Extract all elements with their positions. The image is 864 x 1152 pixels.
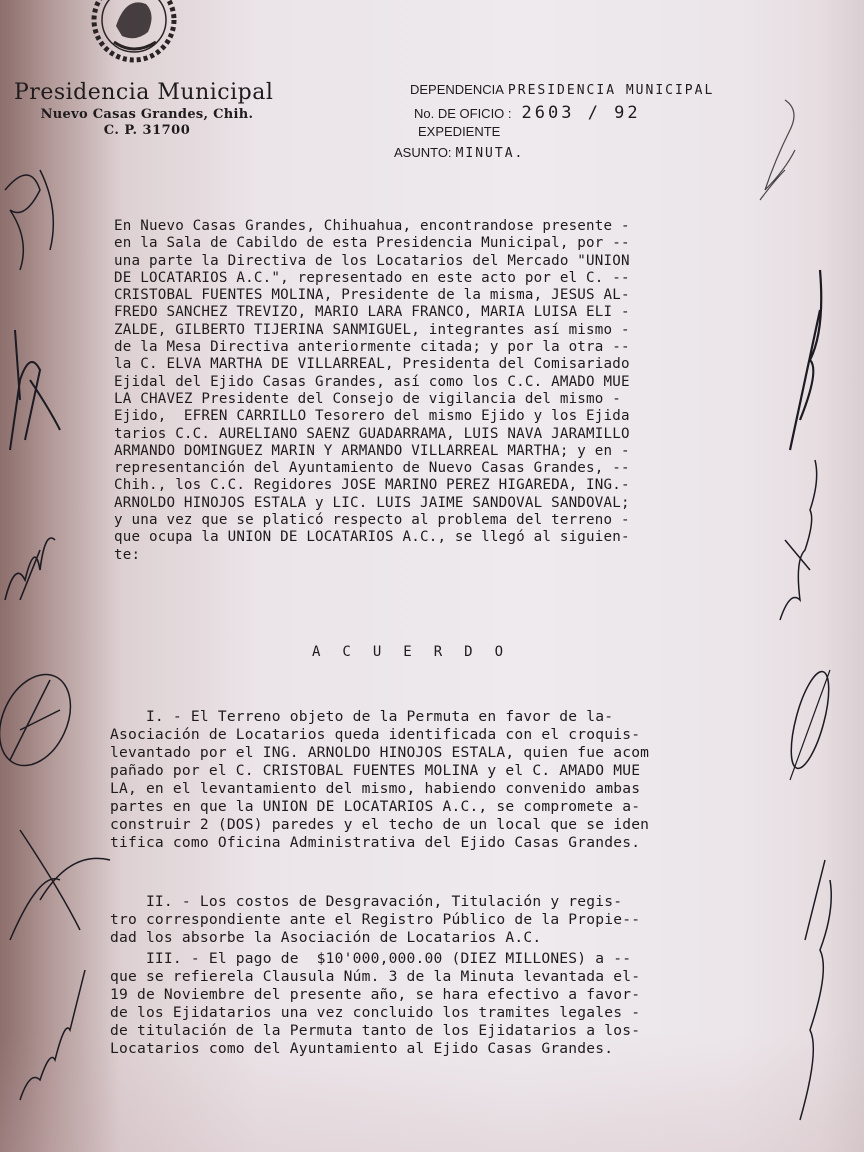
coat-of-arms-seal-icon — [86, 0, 182, 66]
signature-left-3 — [0, 500, 70, 614]
body-line: te: — [114, 547, 764, 564]
clause-line: LA, en el levantamiento del mismo, habie… — [110, 780, 770, 798]
document-meta: DEPENDENCIA PRESIDENCIA MUNICIPAL No. DE… — [392, 82, 714, 166]
body-line: Chih., los C.C. Regidores JOSE MARINO PE… — [114, 477, 764, 494]
signature-left-2 — [0, 320, 70, 464]
body-line: tarios C.C. AURELIANO SAENZ GUADARRAMA, … — [114, 426, 764, 443]
letterhead-title: Presidencia Municipal — [12, 80, 282, 105]
clause-line: de los Ejidatarios una vez concluido los… — [110, 1004, 770, 1022]
clause-line: III. - El pago de $10'000,000.00 (DIEZ M… — [110, 950, 770, 968]
body-line: ZALDE, GILBERTO TIJERINA SANMIGUEL, inte… — [114, 322, 764, 339]
signature-left-6 — [10, 950, 90, 1114]
dependencia-value: PRESIDENCIA MUNICIPAL — [508, 83, 714, 98]
signature-right-1 — [745, 90, 805, 214]
clause-line: dad los absorbe la Asociación de Locatar… — [110, 929, 770, 947]
body-paragraph: En Nuevo Casas Grandes, Chihuahua, encon… — [114, 218, 764, 564]
body-line: LA CHAVEZ Presidente del Consejo de vigi… — [114, 391, 764, 408]
letterhead: Presidencia Municipal Nuevo Casas Grande… — [12, 80, 282, 138]
dependencia-row: DEPENDENCIA PRESIDENCIA MUNICIPAL — [410, 82, 714, 103]
clause-line: que se refierela Clausula Núm. 3 de la M… — [110, 968, 770, 986]
acuerdo-heading: ACUERDO — [312, 644, 525, 660]
body-line: ARNOLDO HINOJOS ESTALA y LIC. LUIS JAIME… — [114, 495, 764, 512]
asunto-label: ASUNTO: — [394, 145, 452, 160]
signature-left-5 — [0, 810, 120, 964]
clause-line: pañado por el C. CRISTOBAL FUENTES MOLIN… — [110, 762, 770, 780]
body-line: En Nuevo Casas Grandes, Chihuahua, encon… — [114, 218, 764, 235]
asunto-row: ASUNTO: MINUTA. — [394, 145, 714, 166]
body-line: que ocupa la UNION DE LOCATARIOS A.C., s… — [114, 529, 764, 546]
body-line: ARMANDO DOMINGUEZ MARIN Y ARMANDO VILLAR… — [114, 443, 764, 460]
clause-1: I. - El Terreno objeto de la Permuta en … — [110, 708, 770, 852]
clause-line: levantado por el ING. ARNOLDO HINOJOS ES… — [110, 744, 770, 762]
expediente-label: EXPEDIENTE — [418, 124, 500, 139]
clause-line: tro correspondiente ante el Registro Púb… — [110, 911, 770, 929]
dependencia-label: DEPENDENCIA — [410, 82, 504, 97]
signature-left-1 — [0, 150, 80, 284]
body-line: y una vez que se platicó respecto al pro… — [114, 512, 764, 529]
oficio-row: No. DE OFICIO : 2603 / 92 — [414, 103, 714, 124]
body-line: la C. ELVA MARTHA DE VILLARREAL, Preside… — [114, 356, 764, 373]
body-line: Ejido, EFREN CARRILLO Tesorero del mismo… — [114, 408, 764, 425]
page-shadow-left — [0, 0, 120, 1152]
body-line: representanción del Ayuntamiento de Nuev… — [114, 460, 764, 477]
body-line: Ejidal del Ejido Casas Grandes, así como… — [114, 374, 764, 391]
signature-right-5 — [790, 850, 850, 1134]
clause-line: II. - Los costos de Desgravación, Titula… — [110, 893, 770, 911]
body-line: de la Mesa Directiva anteriormente citad… — [114, 339, 764, 356]
signature-right-4 — [780, 660, 840, 794]
clause-line: Locatarios como del Ayuntamiento al Ejid… — [110, 1040, 770, 1058]
signature-left-4 — [0, 670, 80, 794]
oficio-label: No. DE OFICIO : — [414, 106, 512, 121]
body-line: DE LOCATARIOS A.C.", representado en est… — [114, 270, 764, 287]
clause-line: tifica como Oficina Administrativa del E… — [110, 834, 770, 852]
clause-2: II. - Los costos de Desgravación, Titula… — [110, 893, 770, 947]
oficio-value: 2603 / 92 — [522, 103, 641, 123]
body-line: una parte la Directiva de los Locatarios… — [114, 253, 764, 270]
letterhead-postal-code: C. P. 31700 — [12, 123, 282, 138]
body-line: CRISTOBAL FUENTES MOLINA, Presidente de … — [114, 287, 764, 304]
clause-line: 19 de Noviembre del presente año, se har… — [110, 986, 770, 1004]
body-line: en la Sala de Cabildo de esta Presidenci… — [114, 235, 764, 252]
clause-line: de titulación de la Permuta tanto de los… — [110, 1022, 770, 1040]
clause-line: I. - El Terreno objeto de la Permuta en … — [110, 708, 770, 726]
asunto-value: MINUTA. — [456, 146, 525, 161]
clause-line: partes en que la UNION DE LOCATARIOS A.C… — [110, 798, 770, 816]
clause-line: construir 2 (DOS) paredes y el techo de … — [110, 816, 770, 834]
expediente-row: EXPEDIENTE — [418, 124, 714, 145]
signature-right-2 — [780, 250, 830, 464]
signature-right-3 — [770, 440, 830, 634]
letterhead-city: Nuevo Casas Grandes, Chih. — [12, 107, 282, 122]
clause-3: III. - El pago de $10'000,000.00 (DIEZ M… — [110, 950, 770, 1058]
clause-line: Asociación de Locatarios queda identific… — [110, 726, 770, 744]
body-line: FREDO SANCHEZ TREVIZO, MARIO LARA FRANCO… — [114, 304, 764, 321]
